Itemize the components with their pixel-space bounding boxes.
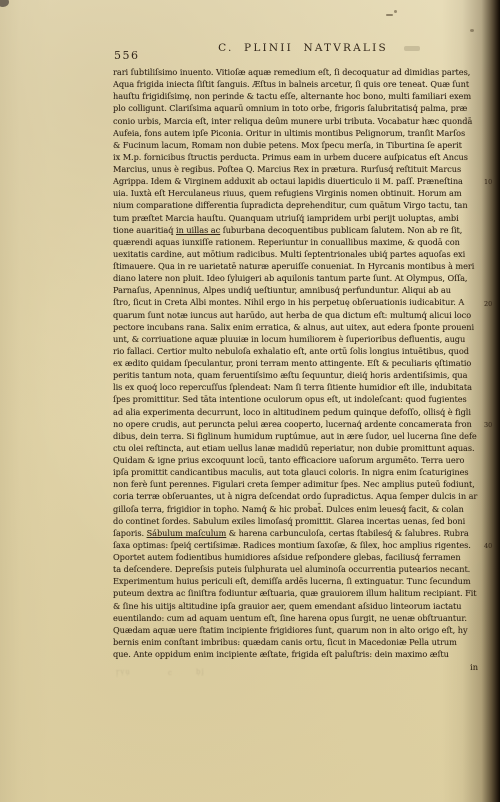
text-line: conio urbis, Marcia eſt, inter reliqua d… xyxy=(113,115,496,127)
text-line: ſtimauere. Qua in re uarietatē naturæ ap… xyxy=(113,260,496,272)
body-text-block: rari ſubtiliſsimo inuento. Vitioſæ aquæ … xyxy=(113,66,496,666)
text-line: quarum ſunt notæ iuncus aut harūdo, aut … xyxy=(113,309,496,321)
text-line: Agrippa. Idem & Virginem adduxit ab octa… xyxy=(113,175,496,187)
text-line: ctu olei reſtincta, aut etiam uellus lan… xyxy=(113,442,496,454)
text-line: unt, & corriuatione aquæ pluuiæ in locum… xyxy=(113,333,496,345)
catchword: in xyxy=(430,662,478,672)
running-header: C. PLINII NATVRALIS xyxy=(113,42,493,54)
text-line: no opere crudis, aut peruncta pelui ærea… xyxy=(113,418,496,430)
text-line: ſpes promittitur. Sed tāta intentione oc… xyxy=(113,393,496,405)
ink-speck xyxy=(386,14,393,16)
bleed-through-mark: ꞅ̣ṿụ xyxy=(116,668,131,676)
text-line: Aqua frigida iniecta ſiſtit ſanguis. Æſt… xyxy=(113,78,496,90)
bleed-through-mark: ḅị̣ xyxy=(196,668,205,676)
text-line: rari ſubtiliſsimo inuento. Vitioſæ aquæ … xyxy=(113,66,496,78)
corner-smudge xyxy=(0,0,9,7)
text-line: ſaporis. Sábulum maſculum & harena carbu… xyxy=(113,527,496,539)
reader-underline: in uillas ac xyxy=(176,225,220,235)
text-line: Quædam aquæ uere ſtatim incipiente frigi… xyxy=(113,624,496,636)
text-line: dibus, dein terra. Si figlinum humidum r… xyxy=(113,430,496,442)
text-line: ta deſcendere. Depreſsis puteis ſulphura… xyxy=(113,563,496,575)
text-line: tum præſtet Marcia hauſtu. Quanquam utri… xyxy=(113,212,496,224)
text-line: Parnaſus, Apenninus, Alpes undiq́ ueſtiu… xyxy=(113,284,496,296)
text-line: diano latere non pluit. Ideo ſyluigeri a… xyxy=(113,272,496,284)
text-line: hauſtu frigidiſsimę, non perinde & tactu… xyxy=(113,90,496,102)
text-line: ſaxa optimas: ſpeiq́ certiſsimæ. Radices… xyxy=(113,539,496,551)
text-line: coria terræ obſeruantes, ut à nigra deſc… xyxy=(113,490,496,502)
margin-line-number: 30 xyxy=(484,421,498,429)
ink-speck xyxy=(394,10,397,13)
text-line: non ferè ſunt perennes. Figulari creta ſ… xyxy=(113,478,496,490)
text-line: gilloſa terra, frigidior in topho. Namq́… xyxy=(113,503,496,515)
text-line: & ſine his uitijs altitudine ipſa grauio… xyxy=(113,600,496,612)
ink-speck xyxy=(470,29,474,32)
text-line: rio fallaci. Certior multo nebuloſa exha… xyxy=(113,345,496,357)
text-line: Oportet autem fodientibus humidiores aſs… xyxy=(113,551,496,563)
text-line: bernis enim conſtant imbribus: quædam ca… xyxy=(113,636,496,648)
text-line: que. Ante oppidum enim incipiente æſtate… xyxy=(113,648,496,660)
text-line: uia. Iuxtà eſt Herculaneus riuus, quem r… xyxy=(113,187,496,199)
text-line: nium comparatione differentia ſupradicta… xyxy=(113,199,496,211)
text-line: plo colligunt. Clariſsima aquarū omnium … xyxy=(113,102,496,114)
margin-line-number: 10 xyxy=(484,178,498,186)
text-line: peritis tantum nota, quam feruentiſsimo … xyxy=(113,369,496,381)
text-line: ex ædito quidam ſpeculantur, proni terra… xyxy=(113,357,496,369)
text-line: Aufeia, fons autem ipſe Piconia. Oritur … xyxy=(113,127,496,139)
text-line: quærendi aquas iunxiſſe rationem. Reperi… xyxy=(113,236,496,248)
text-line: puteum dextra ac ſiniſtra fodiuntur æſtu… xyxy=(113,587,496,599)
text-line: & Fucinum lacum, Romam non dubie petens.… xyxy=(113,139,496,151)
text-line: ad alia experimenta decurrunt, loco in a… xyxy=(113,406,496,418)
text-line: Marcius, unus è regibus. Poſtea Q. Marci… xyxy=(113,163,496,175)
text-line: pectore incubans rana. Salix enim errati… xyxy=(113,321,496,333)
margin-line-number: 40 xyxy=(484,542,498,550)
text-line: ſtro, ſicut in Creta Albi montes. Nihil … xyxy=(113,296,496,308)
text-line: Experimentum huius periculi eſt, demiſſa… xyxy=(113,575,496,587)
book-page-scan: 556 C. PLINII NATVRALIS rari ſubtiliſsim… xyxy=(0,0,500,802)
reader-underline: Sábulum maſculum xyxy=(147,528,227,538)
text-line: ipſa promittit candicantibus maculis, au… xyxy=(113,466,496,478)
bleed-through-mark: c xyxy=(168,669,173,677)
margin-line-number: 20 xyxy=(484,300,498,308)
text-line: uexitatis cardine, aut mōtium radicibus.… xyxy=(113,248,496,260)
text-line: do continet ſordes. Sabulum exiles limoſ… xyxy=(113,515,496,527)
text-line: ix M.p. fornicibus ſtructis perducta. Pr… xyxy=(113,151,496,163)
text-line: euentilando: cum ad aquam uentum eſt, ſi… xyxy=(113,612,496,624)
text-line: tione auaritiaq́ in uillas ac ſuburbana … xyxy=(113,224,496,236)
text-line: lis ex quoq́ loco repercuſſus ſplendeat:… xyxy=(113,381,496,393)
text-line: Quidam & igne prius excoquunt locū, tant… xyxy=(113,454,496,466)
